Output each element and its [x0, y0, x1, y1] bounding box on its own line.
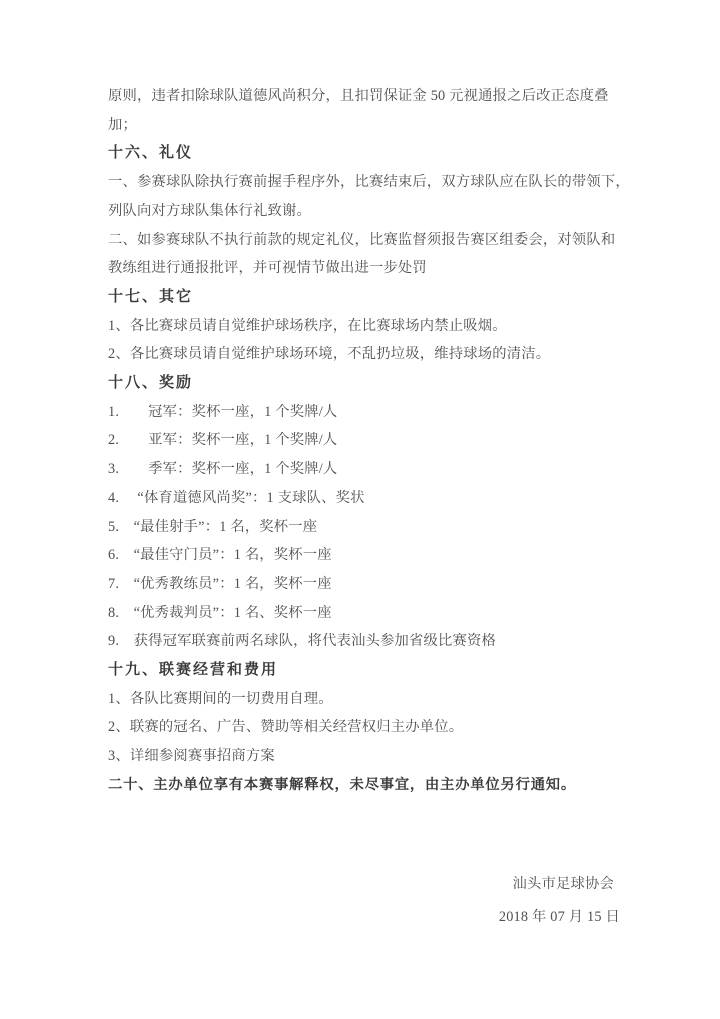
text-line: 9. 获得冠军联赛前两名球队，将代表汕头参加省级比赛资格 [108, 627, 620, 656]
date-line: 2018 年 07 月 15 日 [108, 903, 620, 932]
text-line: 2、联赛的冠名、广告、赞助等相关经营权归主办单位。 [108, 713, 620, 742]
text-line: 1、各比赛球员请自觉维护球场秩序，在比赛球场内禁止吸烟。 [108, 312, 620, 341]
section-heading: 十八、奖励 [108, 369, 620, 398]
document-content: 原则，违者扣除球队道德风尚积分，且扣罚保证金 50 元视通报之后改正态度叠加；十… [108, 82, 620, 932]
text-line: 二、如参赛球队不执行前款的规定礼仪，比赛监督须报告赛区组委会，对领队和 [108, 226, 620, 255]
document-footer: 汕头市足球协会 2018 年 07 月 15 日 [108, 870, 620, 932]
section-heading: 十七、其它 [108, 283, 620, 312]
section-heading: 十六、礼仪 [108, 139, 620, 168]
signature-line: 汕头市足球协会 [108, 870, 620, 899]
text-line: 5. “最佳射手”：1 名，奖杯一座 [108, 513, 620, 542]
text-line: 教练组进行通报批评，并可视情节做出进一步处罚 [108, 254, 620, 283]
section-heading: 十九、联赛经营和费用 [108, 656, 620, 685]
text-line: 2. 亚军：奖杯一座，1 个奖牌/人 [108, 426, 620, 455]
text-line: 二十、主办单位享有本赛事解释权，未尽事宜，由主办单位另行通知。 [108, 771, 620, 800]
text-line: 3. 季军：奖杯一座，1 个奖牌/人 [108, 455, 620, 484]
document-body: 原则，违者扣除球队道德风尚积分，且扣罚保证金 50 元视通报之后改正态度叠加；十… [108, 82, 620, 800]
text-line: 1. 冠军：奖杯一座，1 个奖牌/人 [108, 398, 620, 427]
text-line: 加； [108, 111, 620, 140]
text-line: 8. “优秀裁判员”：1 名、奖杯一座 [108, 599, 620, 628]
text-line: 2、各比赛球员请自觉维护球场环境，不乱扔垃圾，维持球场的清洁。 [108, 340, 620, 369]
text-line: 7. “优秀教练员”：1 名，奖杯一座 [108, 570, 620, 599]
text-line: 1、各队比赛期间的一切费用自理。 [108, 685, 620, 714]
text-line: 一、参赛球队除执行赛前握手程序外，比赛结束后，双方球队应在队长的带领下， [108, 168, 620, 197]
text-line: 原则，违者扣除球队道德风尚积分，且扣罚保证金 50 元视通报之后改正态度叠 [108, 82, 620, 111]
document-page: 原则，违者扣除球队道德风尚积分，且扣罚保证金 50 元视通报之后改正态度叠加；十… [0, 0, 720, 1019]
text-line: 3、详细参阅赛事招商方案 [108, 742, 620, 771]
text-line: 4. “体育道德风尚奖”：1 支球队、奖状 [108, 484, 620, 513]
text-line: 列队向对方球队集体行礼致谢。 [108, 197, 620, 226]
text-line: 6. “最佳守门员”：1 名，奖杯一座 [108, 541, 620, 570]
